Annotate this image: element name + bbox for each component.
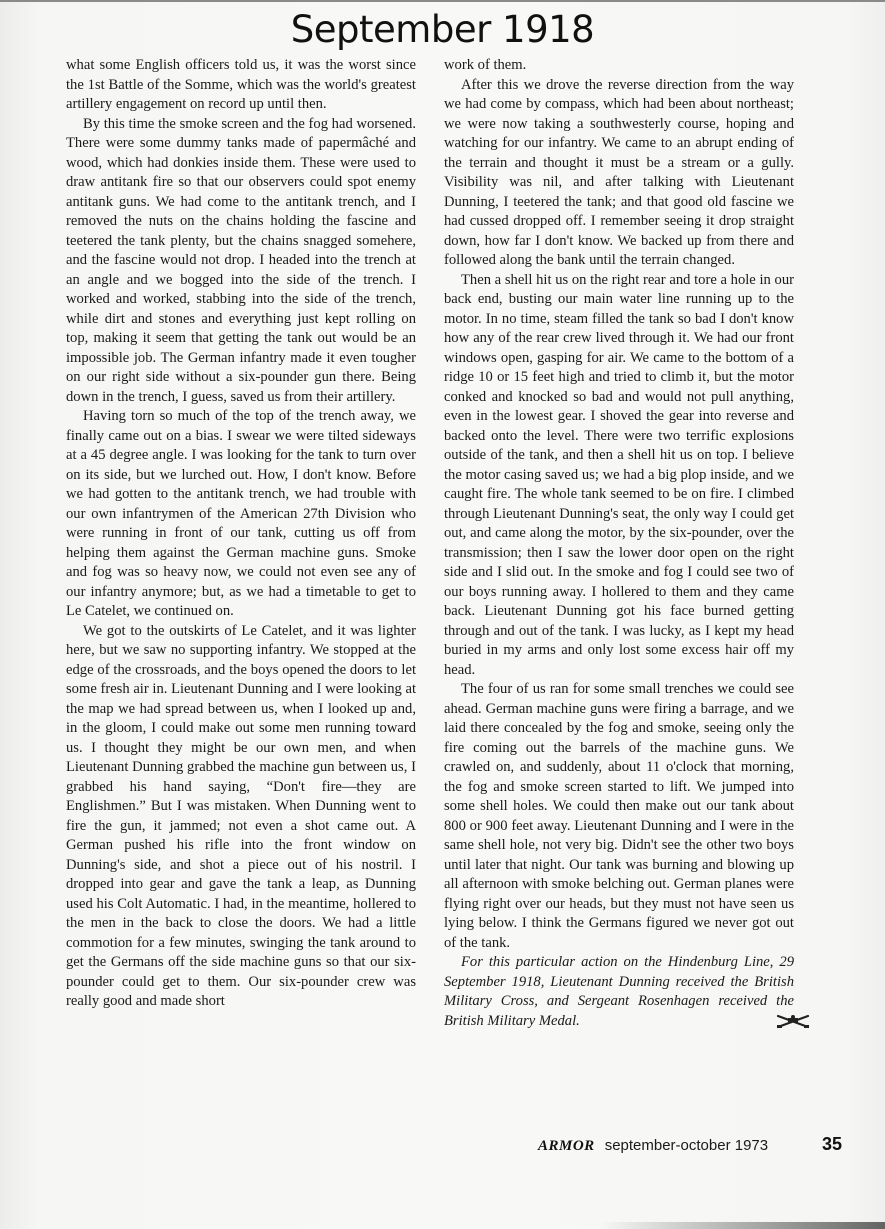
top-rule — [0, 0, 885, 2]
paragraph: The four of us ran for some small trench… — [444, 680, 794, 953]
page-number: 35 — [822, 1134, 842, 1154]
paragraph: After this we drove the reverse directio… — [444, 76, 794, 271]
issue-date: september-october 1973 — [605, 1137, 768, 1154]
paragraph: Then a shell hit us on the right rear an… — [444, 271, 794, 681]
page-footer: ARMORseptember-october 1973 35 — [538, 1136, 838, 1160]
paragraph: work of them. — [444, 56, 794, 76]
left-column: what some English officers told us, it w… — [66, 56, 416, 1012]
magazine-name: ARMOR — [538, 1138, 595, 1154]
scan-edge-shadow — [600, 1222, 885, 1229]
armor-insignia-icon — [758, 1012, 794, 1030]
paragraph: Having torn so much of the top of the tr… — [66, 407, 416, 622]
paragraph: We got to the outskirts of Le Catelet, a… — [66, 622, 416, 1012]
paragraph: what some English officers told us, it w… — [66, 56, 416, 115]
paragraph: By this time the smoke screen and the fo… — [66, 115, 416, 408]
award-note: For this particular action on the Hinden… — [444, 953, 794, 1031]
right-column: work of them. After this we drove the re… — [444, 56, 794, 1031]
magazine-page: September 1918 what some English officer… — [0, 0, 885, 1229]
award-note-text: For this particular action on the Hinden… — [444, 954, 794, 1029]
page-title: September 1918 — [0, 8, 885, 52]
